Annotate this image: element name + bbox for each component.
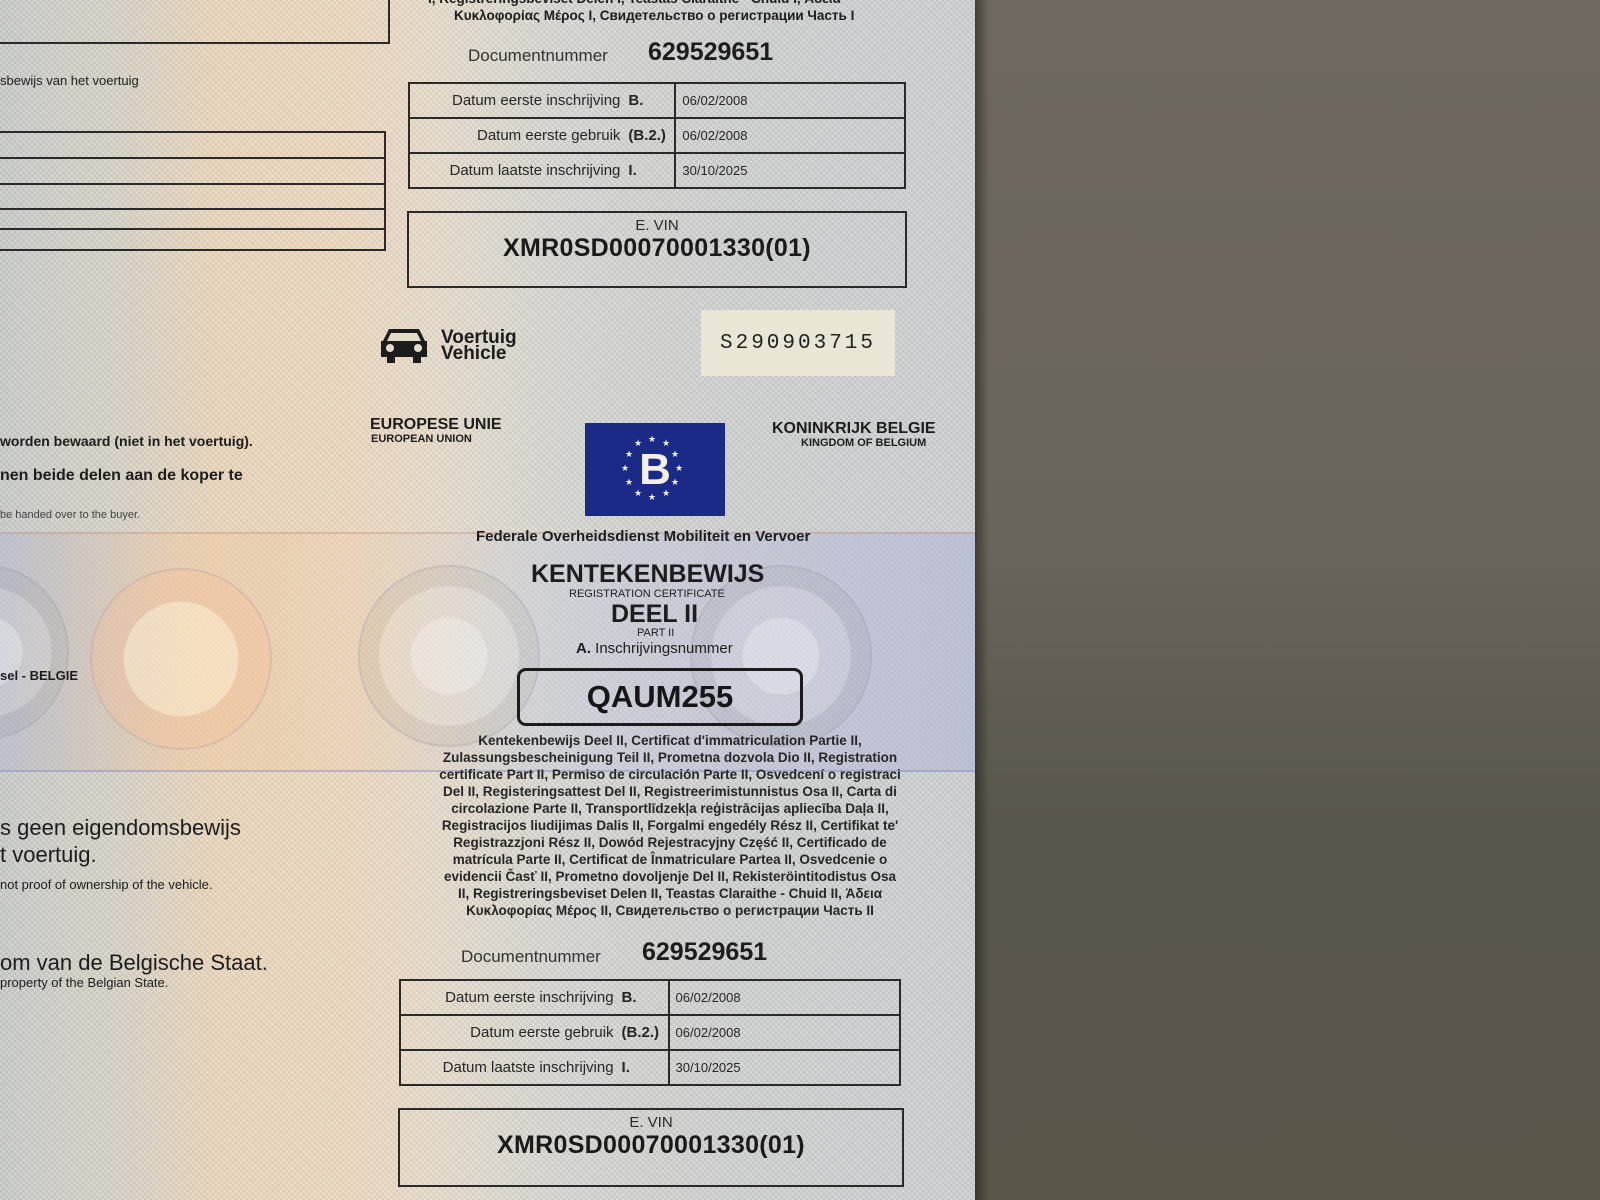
table-row: Datum eerste gebruik(B.2.) 06/02/2008 xyxy=(400,1015,900,1050)
table-row: Datum eerste gebruik(B.2.) 06/02/2008 xyxy=(409,118,905,153)
multilingual-line: II, Registreringsbeviset Delen II, Teast… xyxy=(405,885,935,902)
keep-instruction: worden bewaard (niet in het voertuig). xyxy=(0,433,253,449)
address-lines-box xyxy=(0,131,386,251)
divider xyxy=(0,228,384,230)
date-code: (B.2.) xyxy=(628,127,668,144)
certificate-title-en: REGISTRATION CERTIFICATE xyxy=(569,588,725,600)
eu-label-en: EUROPEAN UNION xyxy=(371,433,472,445)
table-row: Datum eerste inschrijvingB. 06/02/2008 xyxy=(400,980,900,1015)
buyer-instruction-nl: nen beide delen aan de koper te xyxy=(0,467,243,485)
vin-label: E. VIN xyxy=(400,1114,902,1131)
no-ownership-nl-2: t voertuig. xyxy=(0,842,97,868)
multilingual-line: Registracijos liudijimas Dalis II, Forga… xyxy=(405,817,935,834)
vin-value: XMR0SD00070001330(01) xyxy=(400,1131,902,1160)
vehicle-label-en: Vehicle xyxy=(441,345,507,363)
ownership-doc-line: sbewijs van het voertuig xyxy=(0,73,139,88)
date-label: Datum eerste inschrijving xyxy=(452,92,620,109)
car-icon xyxy=(379,325,429,365)
vin-box: E. VIN XMR0SD00070001330(01) xyxy=(407,211,907,288)
eu-belgium-flag: ★ ★ ★ ★ ★ ★ ★ ★ ★ ★ ★ ★ B xyxy=(585,423,725,516)
vin-value: XMR0SD00070001330(01) xyxy=(409,234,905,263)
date-label: Datum laatste inschrijving xyxy=(443,1059,614,1076)
table-row: Datum laatste inschrijvingI. 30/10/2025 xyxy=(400,1050,900,1085)
date-code: B. xyxy=(622,989,662,1006)
date-label: Datum eerste inschrijving xyxy=(445,989,613,1006)
divider xyxy=(0,183,384,185)
table-row: Datum laatste inschrijvingI. 30/10/2025 xyxy=(409,153,905,188)
date-value: 06/02/2008 xyxy=(669,980,900,1015)
multilingual-line: Kentekenbewijs Deel II, Certificat d'imm… xyxy=(405,732,935,749)
part-title: DEEL II xyxy=(611,600,698,629)
multilingual-line: circolazione Parte II, Transportlīdzekļa… xyxy=(405,800,935,817)
date-value: 30/10/2025 xyxy=(669,1050,900,1085)
buyer-instruction-en: be handed over to the buyer. xyxy=(0,509,140,521)
date-value: 06/02/2008 xyxy=(675,118,905,153)
eu-label-nl: EUROPESE UNIE xyxy=(370,416,502,434)
owner-box xyxy=(0,0,390,44)
multilingual-line: certificate Part II, Permiso de circulac… xyxy=(405,766,935,783)
property-en: property of the Belgian State. xyxy=(0,975,168,990)
certificate-title: KENTEKENBEWIJS xyxy=(531,560,764,589)
document-number: 629529651 xyxy=(642,938,767,967)
document-number-label: Documentnummer xyxy=(461,947,601,967)
kingdom-label-en: KINGDOM OF BELGIUM xyxy=(801,437,926,449)
multilingual-titles: Kentekenbewijs Deel II, Certificat d'imm… xyxy=(405,732,935,919)
multilingual-line: Del II, Registeringsattest Del II, Regis… xyxy=(405,783,935,800)
multilingual-line: evidencii Časť II, Prometno dovoljenje D… xyxy=(405,868,935,885)
date-value: 30/10/2025 xyxy=(675,153,905,188)
property-nl: om van de Belgische Staat. xyxy=(0,950,268,976)
reg-number-label: A. Inschrijvingsnummer xyxy=(576,640,733,657)
no-ownership-nl-1: s geen eigendomsbewijs xyxy=(0,815,241,841)
divider xyxy=(0,157,384,159)
date-code: B. xyxy=(628,92,668,109)
date-label: Datum eerste gebruik xyxy=(470,1024,613,1041)
no-ownership-en: not proof of ownership of the vehicle. xyxy=(0,877,212,892)
date-value: 06/02/2008 xyxy=(675,83,905,118)
multilingual-tail-1: I, Registreringsbeviset Delen I, Teastas… xyxy=(428,0,841,6)
divider xyxy=(0,208,384,210)
registration-certificate: sbewijs van het voertuig worden bewaard … xyxy=(0,0,975,1200)
wheel-watermark xyxy=(90,568,272,750)
registration-dates-table: Datum eerste inschrijvingB. 06/02/2008 D… xyxy=(399,979,901,1086)
vin-box: E. VIN XMR0SD00070001330(01) xyxy=(398,1108,904,1187)
multilingual-line: Registrazzjoni Rész II, Dowód Rejestracy… xyxy=(405,834,935,851)
registration-dates-table: Datum eerste inschrijvingB. 06/02/2008 D… xyxy=(408,82,906,189)
multilingual-tail-2: Κυκλοφορίας Μέρος I, Свидетельство о рег… xyxy=(454,8,854,23)
multilingual-line: Zulassungsbescheinigung Teil II, Prometn… xyxy=(405,749,935,766)
registration-number: QAUM255 xyxy=(517,668,803,726)
kingdom-label-nl: KONINKRIJK BELGIE xyxy=(772,420,936,438)
wheel-watermark xyxy=(358,565,540,747)
date-label: Datum eerste gebruik xyxy=(477,127,620,144)
part-title-en: PART II xyxy=(637,627,674,639)
document-number-label: Documentnummer xyxy=(468,46,608,66)
vin-label: E. VIN xyxy=(409,217,905,234)
serial-number: S290903715 xyxy=(701,310,895,376)
reg-number-text: Inschrijvingsnummer xyxy=(595,640,733,657)
reg-number-code: A. xyxy=(576,640,591,657)
date-value: 06/02/2008 xyxy=(669,1015,900,1050)
multilingual-line: matrícula Parte II, Certificat de Înmatr… xyxy=(405,851,935,868)
table-row: Datum eerste inschrijvingB. 06/02/2008 xyxy=(409,83,905,118)
table-surface xyxy=(975,0,1600,1200)
date-label: Datum laatste inschrijving xyxy=(450,162,621,179)
date-code: (B.2.) xyxy=(622,1024,662,1041)
address-fragment: sel - BELGIE xyxy=(0,668,78,683)
multilingual-line: Κυκλοφορίας Μέρος II, Свидетельство о ре… xyxy=(405,902,935,919)
flag-letter: B xyxy=(585,423,725,516)
date-code: I. xyxy=(628,162,668,179)
authority-name: Federale Overheidsdienst Mobiliteit en V… xyxy=(476,528,810,545)
document-number: 629529651 xyxy=(648,38,773,67)
date-code: I. xyxy=(622,1059,662,1076)
